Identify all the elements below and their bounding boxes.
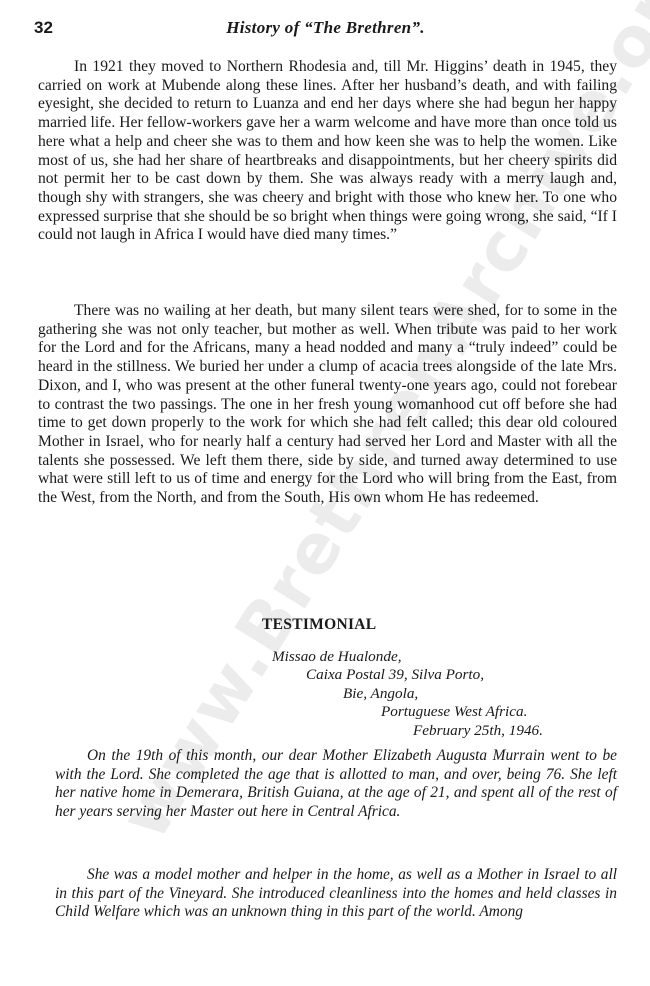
paragraph-text: In 1921 they moved to Northern Rhodesia … (38, 58, 617, 245)
testimonial-paragraph-1: On the 19th of this month, our dear Moth… (55, 747, 617, 822)
paragraph-text: There was no wailing at her death, but m… (38, 302, 617, 508)
body-paragraph-2: There was no wailing at her death, but m… (38, 302, 617, 508)
address-line: Missao de Hualonde, (272, 648, 650, 666)
letter-address-block: Missao de Hualonde, Caixa Postal 39, Sil… (0, 648, 650, 740)
testimonial-paragraph-2: She was a model mother and helper in the… (55, 866, 617, 922)
address-line: Bie, Angola, (343, 685, 650, 703)
paragraph-text: She was a model mother and helper in the… (55, 866, 617, 922)
section-heading-testimonial: TESTIMONIAL (262, 616, 376, 634)
letter-date: February 25th, 1946. (413, 722, 650, 740)
body-paragraph-1: In 1921 they moved to Northern Rhodesia … (38, 58, 617, 245)
running-title: History of “The Brethren”. (34, 18, 617, 38)
running-head: 32 History of “The Brethren”. (34, 18, 617, 40)
address-line: Portuguese West Africa. (381, 703, 650, 721)
book-page: www.BrethrenArchive.org 32 History of “T… (0, 0, 650, 986)
address-line: Caixa Postal 39, Silva Porto, (306, 666, 650, 684)
paragraph-text: On the 19th of this month, our dear Moth… (55, 747, 617, 822)
